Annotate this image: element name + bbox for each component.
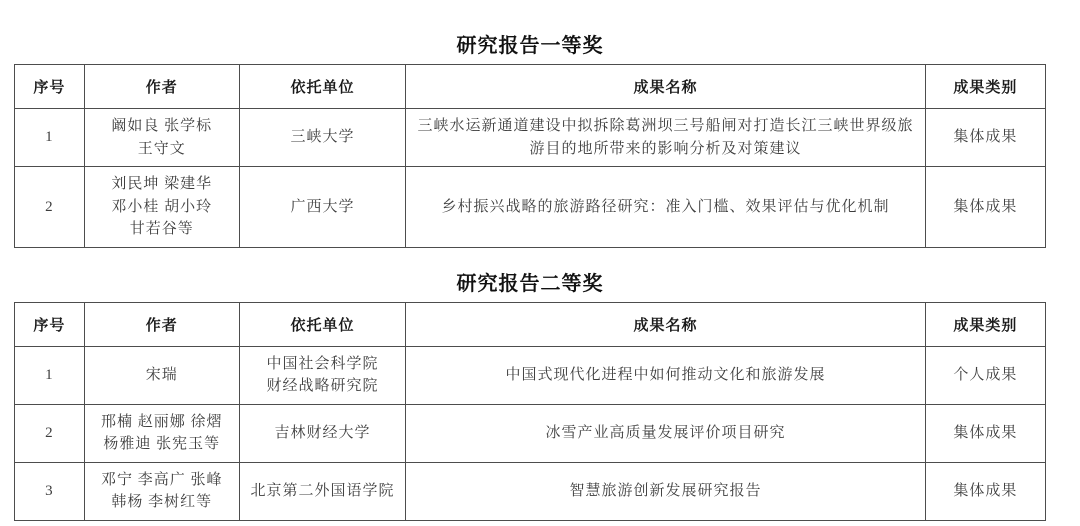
unit-cell: 北京第二外国语学院 xyxy=(239,462,406,520)
seq-cell: 3 xyxy=(15,462,85,520)
achievement-name-cell: 中国式现代化进程中如何推动文化和旅游发展 xyxy=(406,346,925,404)
seq-cell: 2 xyxy=(15,404,85,462)
award-section: 研究报告二等奖 序号作者依托单位成果名称成果类别 1宋瑞中国社会科学院 财经战略… xyxy=(14,272,1046,521)
achievement-name-cell: 乡村振兴战略的旅游路径研究：准入门槛、效果评估与优化机制 xyxy=(406,167,925,248)
header-seq: 序号 xyxy=(15,302,85,346)
table-row: 2刘民坤 梁建华 邓小桂 胡小玲 甘若谷等广西大学乡村振兴战略的旅游路径研究：准… xyxy=(15,167,1046,248)
award-title: 研究报告一等奖 xyxy=(14,34,1046,58)
award-title: 研究报告二等奖 xyxy=(14,272,1046,296)
unit-cell: 广西大学 xyxy=(239,167,406,248)
table-row: 3邓宁 李高广 张峰 韩杨 李树红等北京第二外国语学院智慧旅游创新发展研究报告集… xyxy=(15,462,1046,520)
seq-cell: 1 xyxy=(15,346,85,404)
table-header-row: 序号作者依托单位成果名称成果类别 xyxy=(15,65,1046,109)
header-achievement-name: 成果名称 xyxy=(406,302,925,346)
header-unit: 依托单位 xyxy=(239,302,406,346)
achievement-name-cell: 三峡水运新通道建设中拟拆除葛洲坝三号船闸对打造长江三峡世界级旅游目的地所带来的影… xyxy=(406,109,925,167)
header-authors: 作者 xyxy=(84,65,239,109)
table-row: 1宋瑞中国社会科学院 财经战略研究院中国式现代化进程中如何推动文化和旅游发展个人… xyxy=(15,346,1046,404)
seq-cell: 1 xyxy=(15,109,85,167)
award-document: 研究报告一等奖 序号作者依托单位成果名称成果类别 1阚如良 张学标 王守文三峡大… xyxy=(0,0,1080,526)
award-table: 序号作者依托单位成果名称成果类别 1阚如良 张学标 王守文三峡大学三峡水运新通道… xyxy=(14,64,1046,248)
header-seq: 序号 xyxy=(15,65,85,109)
category-cell: 集体成果 xyxy=(925,167,1045,248)
authors-cell: 邢楠 赵丽娜 徐熠 杨雅迪 张宪玉等 xyxy=(84,404,239,462)
achievement-name-cell: 智慧旅游创新发展研究报告 xyxy=(406,462,925,520)
unit-cell: 中国社会科学院 财经战略研究院 xyxy=(239,346,406,404)
header-authors: 作者 xyxy=(84,302,239,346)
achievement-name-cell: 冰雪产业高质量发展评价项目研究 xyxy=(406,404,925,462)
category-cell: 个人成果 xyxy=(925,346,1045,404)
table-row: 2邢楠 赵丽娜 徐熠 杨雅迪 张宪玉等吉林财经大学冰雪产业高质量发展评价项目研究… xyxy=(15,404,1046,462)
category-cell: 集体成果 xyxy=(925,404,1045,462)
unit-cell: 三峡大学 xyxy=(239,109,406,167)
award-section: 研究报告一等奖 序号作者依托单位成果名称成果类别 1阚如良 张学标 王守文三峡大… xyxy=(14,34,1046,248)
authors-cell: 宋瑞 xyxy=(84,346,239,404)
award-tables-container: 研究报告一等奖 序号作者依托单位成果名称成果类别 1阚如良 张学标 王守文三峡大… xyxy=(0,34,1080,521)
table-row: 1阚如良 张学标 王守文三峡大学三峡水运新通道建设中拟拆除葛洲坝三号船闸对打造长… xyxy=(15,109,1046,167)
authors-cell: 阚如良 张学标 王守文 xyxy=(84,109,239,167)
authors-cell: 刘民坤 梁建华 邓小桂 胡小玲 甘若谷等 xyxy=(84,167,239,248)
header-category: 成果类别 xyxy=(925,302,1045,346)
seq-cell: 2 xyxy=(15,167,85,248)
category-cell: 集体成果 xyxy=(925,109,1045,167)
header-achievement-name: 成果名称 xyxy=(406,65,925,109)
unit-cell: 吉林财经大学 xyxy=(239,404,406,462)
header-category: 成果类别 xyxy=(925,65,1045,109)
table-header-row: 序号作者依托单位成果名称成果类别 xyxy=(15,302,1046,346)
header-unit: 依托单位 xyxy=(239,65,406,109)
category-cell: 集体成果 xyxy=(925,462,1045,520)
award-table: 序号作者依托单位成果名称成果类别 1宋瑞中国社会科学院 财经战略研究院中国式现代… xyxy=(14,302,1046,521)
authors-cell: 邓宁 李高广 张峰 韩杨 李树红等 xyxy=(84,462,239,520)
